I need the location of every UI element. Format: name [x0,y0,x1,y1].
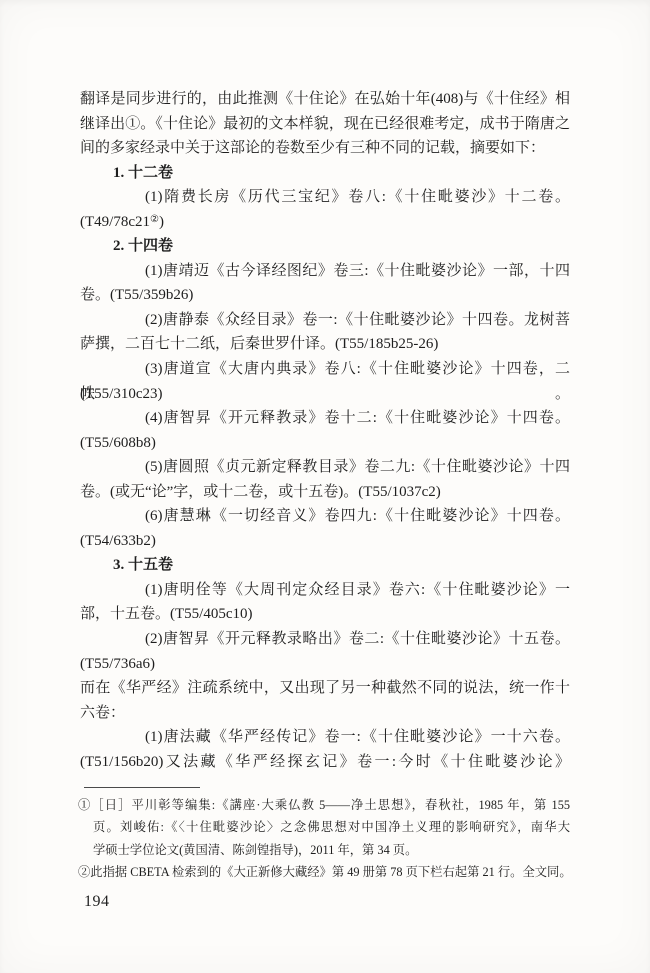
text-segment: ) [159,214,164,230]
page-number: 194 [84,893,110,911]
body-text-line: 翻译是同步进行的，由此推测《十住论》在弘始十年(408)与《十住经》相 [80,87,570,112]
body-text-line: (2)唐智昇《开元释教录略出》卷二:《十住毗婆沙论》十五卷。 [80,627,570,652]
body-text-line: 部，十五卷。(T55/405c10) [80,602,570,627]
body-text-line: (2)唐静泰《众经目录》卷一:《十住毗婆沙论》十四卷。龙树菩 [80,308,570,333]
body-text-line: (5)唐圆照《贞元新定释教目录》卷二九:《十住毗婆沙论》十四 [80,455,570,480]
body-text-line: (T54/633b2) [80,529,570,554]
body-text-line: 继译出①。《十住论》最初的文本样貌，现在已经很难考定，成书于隋唐之 [80,112,570,137]
body-text-line: 六卷： [80,701,570,726]
footnote-line: 学硕士学位论文(黄国清、陈剑锽指导)，2011 年，第 34 页。 [78,839,570,861]
body-text-line: (T51/156b20)又法藏《华严经探玄记》卷一:今时《十住毗婆沙论》 [80,750,570,775]
main-text-block: 翻译是同步进行的，由此推测《十住论》在弘始十年(408)与《十住经》相继译出①。… [80,87,570,774]
body-text-line: (1)唐靖迈《古今译经图纪》卷三:《十住毗婆沙论》一部，十四 [80,259,570,284]
body-text-line: (1)唐明佺等《大周刊定众经目录》卷六:《十住毗婆沙论》一 [80,578,570,603]
body-text-line: 间的多家经录中关于这部论的卷数至少有三种不同的记载，摘要如下： [80,136,570,161]
body-text-line: 1. 十二卷 [80,161,570,186]
body-text-line: 而在《华严经》注疏系统中，又出现了另一种截然不同的说法，统一作十 [80,676,570,701]
footnote-line: 页。刘峻佑:《〈十住毗婆沙论〉之念佛思想对中国净土义理的影响研究》，南华大 [78,816,570,838]
body-text-line: 卷。(T55/359b26) [80,283,570,308]
footnote-separator [84,787,200,788]
body-text-line: (1)隋费长房《历代三宝纪》卷八:《十住毗婆沙》十二卷。 [80,185,570,210]
footnote-line: ②此指据 CBETA 检索到的《大正新修大藏经》第 49 册第 78 页下栏右起… [78,861,570,883]
body-text-line: (T55/608b8) [80,431,570,456]
body-text-line: 2. 十四卷 [80,234,570,259]
body-text-line: 卷。(或无“论”字，或十二卷，或十五卷)。(T55/1037c2) [80,480,570,505]
body-text-line: 萨撰，二百七十二纸，后秦世罗什译。(T55/185b25-26) [80,332,570,357]
footnote-line: ①［日］平川彰等编集:《講座·大乘仏教 5——净土思想》，春秋社，1985 年，… [78,794,570,816]
footnote-block: ①［日］平川彰等编集:《講座·大乘仏教 5——净土思想》，春秋社，1985 年，… [78,794,570,884]
footnote-ref-superscript: ② [150,214,159,225]
text-segment: (T49/78c21 [80,214,150,230]
body-text-line: (T55/736a6) [80,652,570,677]
body-text-line: (3)唐道宣《大唐内典录》卷八:《十住毗婆沙论》十四卷，二帙。 [80,357,570,382]
body-text-line: 3. 十五卷 [80,553,570,578]
body-text-line: (T49/78c21②) [80,210,570,235]
body-text-line: (1)唐法藏《华严经传记》卷一:《十住毗婆沙论》一十六卷。 [80,725,570,750]
body-text-line: (6)唐慧琳《一切经音义》卷四九:《十住毗婆沙论》十四卷。 [80,504,570,529]
body-text-line: (4)唐智昇《开元释教录》卷十二:《十住毗婆沙论》十四卷。 [80,406,570,431]
book-page: 翻译是同步进行的，由此推测《十住论》在弘始十年(408)与《十住经》相继译出①。… [0,0,650,973]
